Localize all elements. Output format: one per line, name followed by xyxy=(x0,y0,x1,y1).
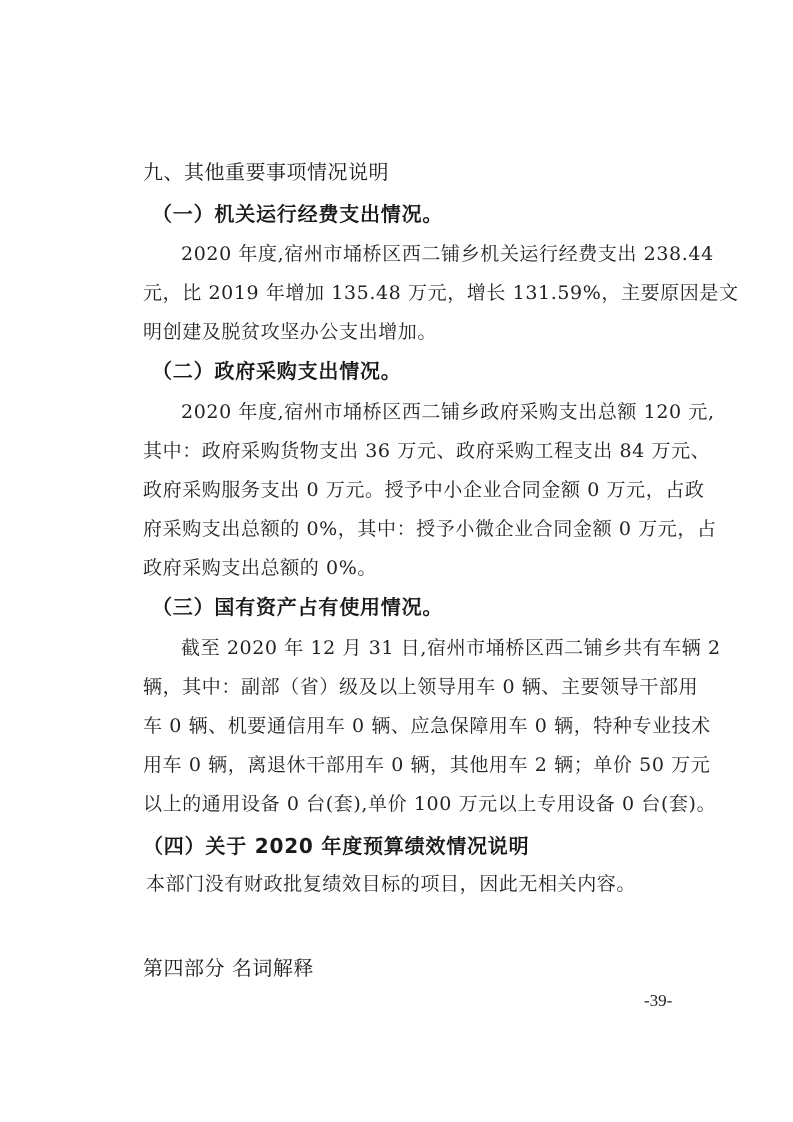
paragraph-line: 政府采购服务支出 0 万元。授予中小企业合同金额 0 万元，占政 xyxy=(143,478,683,502)
section-heading: 九、其他重要事项情况说明 xyxy=(143,160,683,184)
paragraph-line: 2020 年度,宿州市埇桥区西二铺乡政府采购支出总额 120 元, xyxy=(181,400,691,424)
paragraph-line: 车 0 辆、机要通信用车 0 辆、应急保障用车 0 辆，特种专业技术 xyxy=(143,714,683,738)
paragraph-line: 2020 年度,宿州市埇桥区西二铺乡机关运行经费支出 238.44 xyxy=(181,242,691,266)
page-number: -39- xyxy=(644,991,672,1011)
paragraph-line: 辆，其中：副部（省）级及以上领导用车 0 辆、主要领导干部用 xyxy=(143,675,683,699)
paragraph-line: 元，比 2019 年增加 135.48 万元，增长 131.59%，主要原因是文 xyxy=(143,281,683,305)
subsection-title-3: （三）国有资产占有使用情况。 xyxy=(152,595,692,619)
paragraph-line: 截至 2020 年 12 月 31 日,宿州市埇桥区西二铺乡共有车辆 2 xyxy=(181,636,691,660)
part-heading: 第四部分 名词解释 xyxy=(143,956,683,980)
document-page: 九、其他重要事项情况说明 （一）机关运行经费支出情况。 2020 年度,宿州市埇… xyxy=(0,0,793,1122)
paragraph-line: 本部门没有财政批复绩效目标的项目，因此无相关内容。 xyxy=(146,872,686,896)
paragraph-line: 政府采购支出总额的 0%。 xyxy=(143,556,683,580)
paragraph-line: 以上的通用设备 0 台(套),单价 100 万元以上专用设备 0 台(套)。 xyxy=(143,792,683,816)
paragraph-line: 用车 0 辆，离退休干部用车 0 辆，其他用车 2 辆；单价 50 万元 xyxy=(143,753,683,777)
subsection-title-2: （二）政府采购支出情况。 xyxy=(152,359,692,383)
paragraph-line: 明创建及脱贫攻坚办公支出增加。 xyxy=(143,320,683,344)
paragraph-line: 其中：政府采购货物支出 36 万元、政府采购工程支出 84 万元、 xyxy=(143,439,683,463)
paragraph-line: 府采购支出总额的 0%，其中：授予小微企业合同金额 0 万元，占 xyxy=(143,517,683,541)
subsection-title-4: （四）关于 2020 年度预算绩效情况说明 xyxy=(143,834,683,858)
subsection-title-1: （一）机关运行经费支出情况。 xyxy=(152,202,692,226)
